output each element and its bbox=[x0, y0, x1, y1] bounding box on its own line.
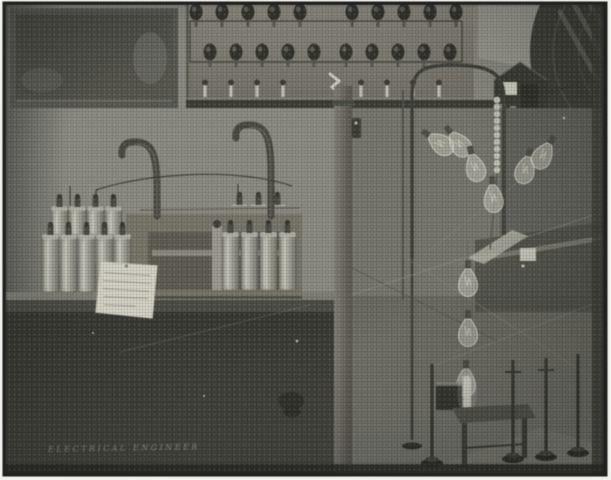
table-front-edge bbox=[6, 300, 352, 312]
paper-label bbox=[95, 261, 157, 318]
laboratory-photograph: Electrical Engineer bbox=[0, 0, 611, 480]
switchboard-panel bbox=[186, 2, 474, 102]
shelf-bright-object bbox=[520, 248, 536, 261]
bottom-edge-band bbox=[6, 464, 603, 473]
picture-frame bbox=[10, 8, 178, 108]
rod-base bbox=[402, 443, 422, 450]
apparatus-center-post bbox=[212, 226, 222, 290]
right-edge-band bbox=[592, 5, 603, 473]
door-latch bbox=[352, 118, 361, 138]
